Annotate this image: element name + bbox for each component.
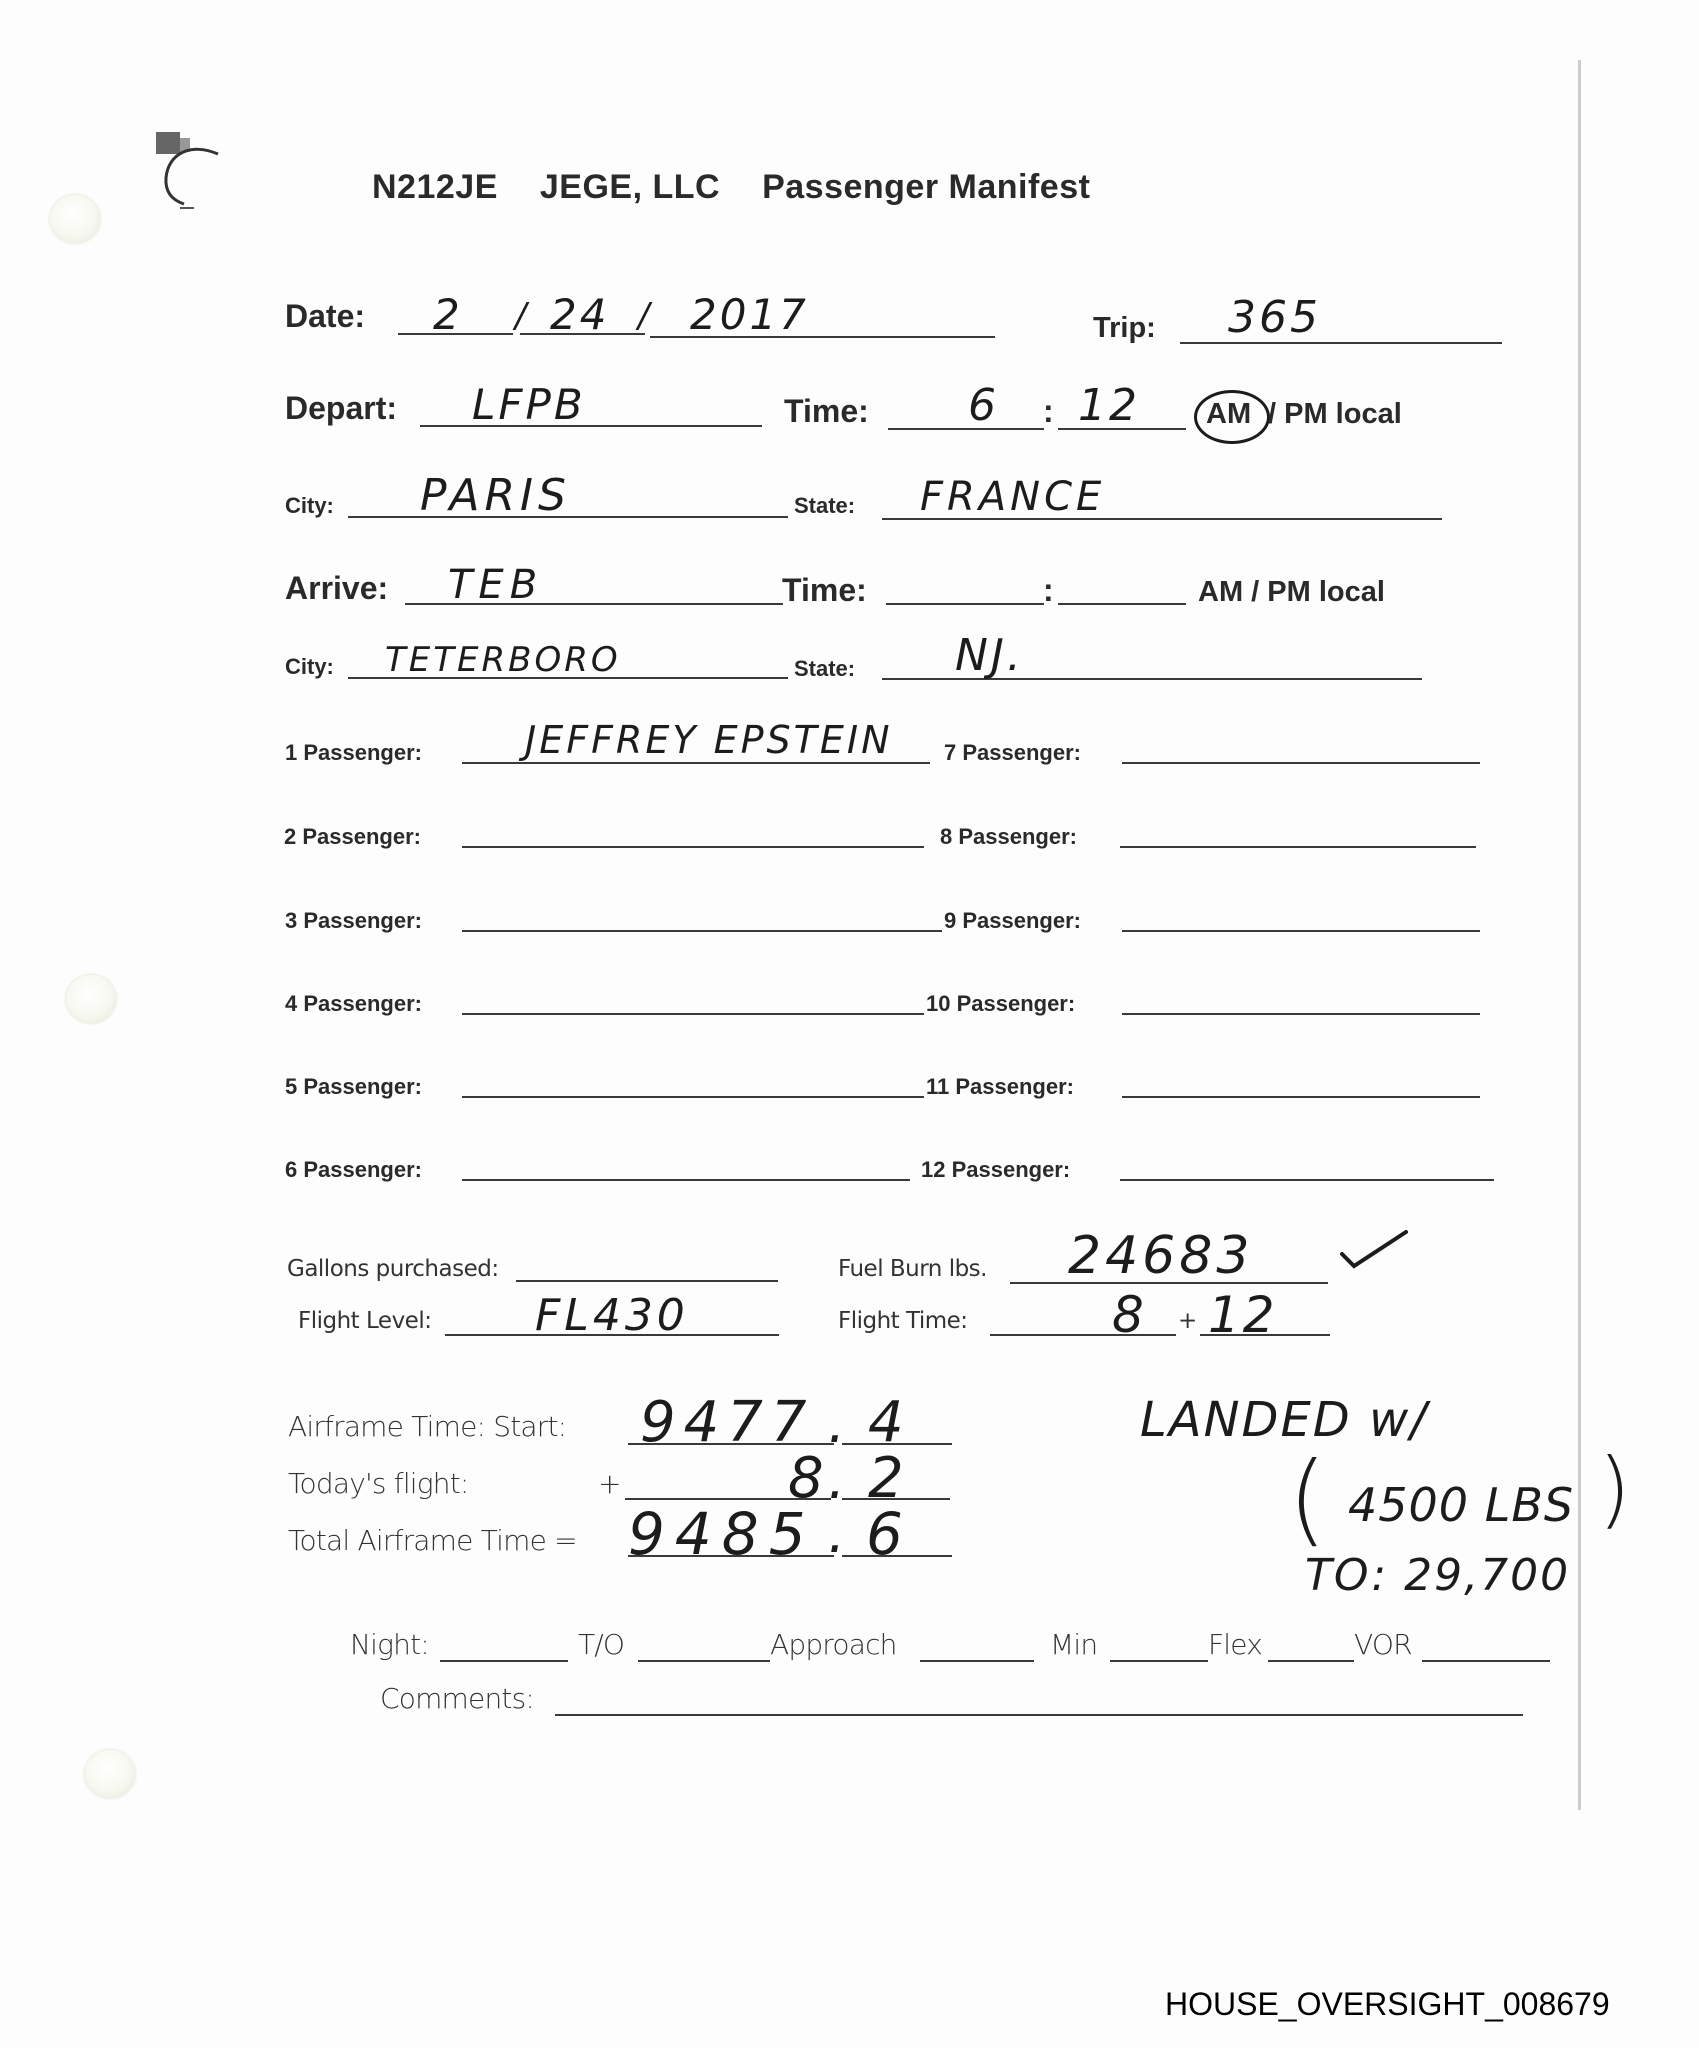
airframe-start-label: Airframe Time: Start: <box>288 1410 566 1443</box>
note-line-1: LANDED w/ <box>1140 1392 1428 1448</box>
flight-time-plus: + <box>1178 1308 1197 1334</box>
flight-hours-field[interactable]: 8 <box>1112 1286 1147 1344</box>
passenger-9-label: 9 Passenger: <box>944 908 1081 934</box>
passenger-3-line <box>462 930 942 932</box>
passenger-6-label: 6 Passenger: <box>285 1157 422 1183</box>
passenger-7-line <box>1122 762 1480 764</box>
depart-hour-line <box>888 428 1044 430</box>
tail-number: N212JE <box>372 168 498 206</box>
passenger-9-line <box>1122 930 1480 932</box>
passenger-5-label: 5 Passenger: <box>285 1074 422 1100</box>
depart-minute-field[interactable]: 12 <box>1078 380 1140 431</box>
note-line-2: 4500 LBS <box>1348 1478 1574 1532</box>
takeoff-label: T/O <box>578 1628 624 1661</box>
flight-time-label: Flight Time: <box>838 1308 968 1334</box>
date-separator: / <box>638 296 652 336</box>
punch-hole-icon <box>66 975 116 1023</box>
total-airframe-dec-field[interactable]: 6 <box>866 1500 906 1568</box>
arrive-minute-line <box>1058 603 1186 605</box>
bates-number: HOUSE_OVERSIGHT_008679 <box>1165 1986 1610 2023</box>
arrive-ampm-label[interactable]: AM / PM local <box>1198 576 1385 609</box>
vor-label: VOR <box>1354 1628 1412 1661</box>
passenger-10-line <box>1122 1013 1480 1015</box>
passenger-4-line <box>462 1013 924 1015</box>
flight-hours-line <box>990 1334 1176 1336</box>
night-field[interactable] <box>440 1660 568 1662</box>
flight-level-field[interactable]: FL430 <box>535 1290 689 1341</box>
note-open-paren: ( <box>1288 1440 1327 1557</box>
arrive-city-field[interactable]: TETERBORO <box>385 640 621 680</box>
flex-label: Flex <box>1208 1628 1262 1661</box>
passenger-12-label: 12 Passenger: <box>921 1157 1070 1183</box>
passenger-8-line <box>1120 846 1476 848</box>
flex-field[interactable] <box>1268 1660 1354 1662</box>
arrive-field[interactable]: TEB <box>448 562 543 608</box>
date-label: Date: <box>285 298 365 335</box>
fuel-burn-field[interactable]: 24683 <box>1068 1226 1253 1286</box>
todays-flight-plus: + <box>598 1467 621 1500</box>
passenger-7-label: 7 Passenger: <box>944 740 1081 766</box>
date-year-field[interactable]: 2017 <box>690 290 809 339</box>
date-month-field[interactable]: 2 <box>433 290 463 339</box>
manifest-page: N212JEJEGE, LLCPassenger Manifest Date: … <box>0 0 1699 2048</box>
comments-label: Comments: <box>380 1682 534 1715</box>
passenger-4-label: 4 Passenger: <box>285 991 422 1017</box>
flight-minutes-field[interactable]: 12 <box>1208 1286 1278 1344</box>
night-label: Night: <box>350 1628 429 1661</box>
trip-label: Trip: <box>1093 312 1156 345</box>
depart-time-label: Time: <box>784 393 869 430</box>
company-logo-icon <box>150 128 230 218</box>
depart-city-field[interactable]: PARIS <box>420 470 571 521</box>
trip-field[interactable]: 365 <box>1228 292 1321 343</box>
passenger-11-line <box>1122 1096 1480 1098</box>
arrive-hour-line <box>886 603 1044 605</box>
min-field[interactable] <box>1110 1660 1208 1662</box>
todays-flight-label: Today's flight: <box>288 1467 469 1500</box>
passenger-8-label: 8 Passenger: <box>940 824 1077 850</box>
passenger-6-line <box>462 1179 910 1181</box>
depart-field[interactable]: LFPB <box>472 380 586 429</box>
checkmark-icon <box>1338 1228 1410 1270</box>
form-header: N212JEJEGE, LLCPassenger Manifest <box>372 168 1090 207</box>
punch-hole-icon <box>50 195 100 243</box>
fuel-burn-label: Fuel Burn lbs. <box>838 1256 987 1282</box>
passenger-11-label: 11 Passenger: <box>926 1074 1074 1100</box>
passenger-3-label: 3 Passenger: <box>285 908 422 934</box>
takeoff-field[interactable] <box>638 1660 770 1662</box>
scan-edge-line <box>1578 60 1581 1810</box>
depart-hour-field[interactable]: 6 <box>968 380 999 431</box>
comments-line <box>555 1714 1523 1716</box>
depart-state-field[interactable]: FRANCE <box>920 474 1105 520</box>
passenger-2-line <box>462 846 924 848</box>
arrive-state-field[interactable]: NJ. <box>955 630 1024 681</box>
approach-label: Approach <box>770 1628 897 1661</box>
passenger-10-label: 10 Passenger: <box>926 991 1075 1017</box>
depart-pm-local-label: / PM local <box>1268 398 1402 431</box>
arrive-label: Arrive: <box>285 570 388 607</box>
date-day-field[interactable]: 24 <box>550 290 609 339</box>
flight-level-label: Flight Level: <box>298 1308 431 1334</box>
passenger-1-line <box>462 762 930 764</box>
depart-city-label: City: <box>285 493 334 519</box>
time-colon: : <box>1043 393 1054 430</box>
depart-am-option[interactable]: AM <box>1206 398 1251 431</box>
arrive-city-label: City: <box>285 654 334 680</box>
form-title: Passenger Manifest <box>762 168 1090 206</box>
passenger-5-line <box>462 1096 924 1098</box>
min-label: Min <box>1050 1628 1097 1661</box>
passenger-2-label: 2 Passenger: <box>284 824 421 850</box>
passenger-1-field[interactable]: JEFFREY EPSTEIN <box>525 718 893 762</box>
passenger-12-line <box>1120 1179 1494 1181</box>
approach-field[interactable] <box>920 1660 1034 1662</box>
note-close-paren: ) <box>1598 1440 1631 1538</box>
depart-label: Depart: <box>285 390 397 427</box>
vor-field[interactable] <box>1422 1660 1550 1662</box>
total-airframe-label: Total Airframe Time = <box>288 1524 577 1557</box>
depart-state-label: State: <box>794 493 855 519</box>
decimal-point: . <box>828 1392 848 1455</box>
company-name: JEGE, LLC <box>540 168 720 206</box>
gallons-purchased-label: Gallons purchased: <box>287 1256 499 1282</box>
gallons-line <box>516 1280 778 1282</box>
arrive-state-label: State: <box>794 656 855 682</box>
punch-hole-icon <box>85 1750 135 1798</box>
time-colon: : <box>1043 572 1054 609</box>
total-airframe-int-field[interactable]: 9485 <box>628 1500 816 1568</box>
passenger-1-label: 1 Passenger: <box>285 740 422 766</box>
arrive-time-label: Time: <box>782 572 867 609</box>
decimal-point: . <box>828 1502 848 1565</box>
note-line-3: TO: 29,700 <box>1305 1550 1570 1601</box>
date-separator: / <box>515 296 529 336</box>
